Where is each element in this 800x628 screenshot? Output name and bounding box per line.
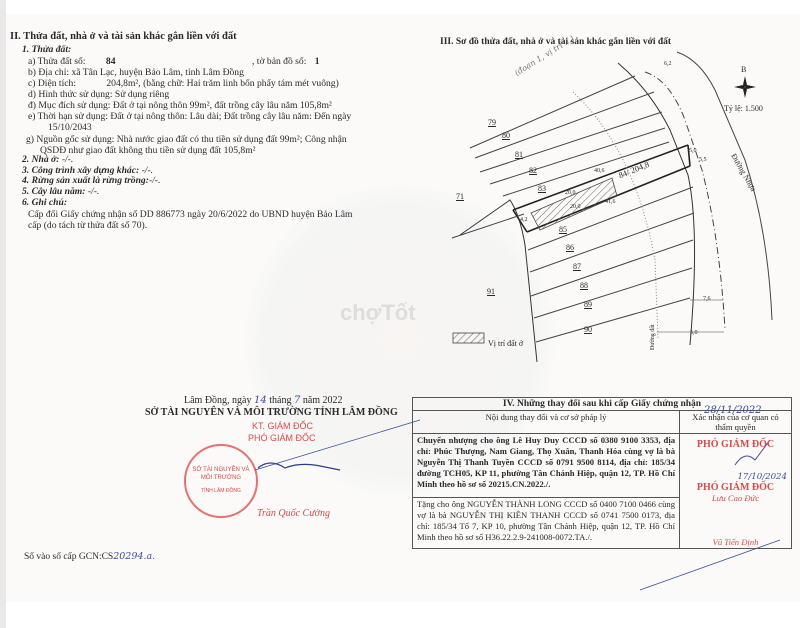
- col-header-content: Nội dung thay đổi và cơ sở pháp lý: [413, 411, 680, 434]
- registry-number: Số vào sổ cấp GCN:CS20294.a.: [24, 551, 155, 563]
- change-entry-1: Chuyển nhượng cho ông Lê Huy Duy CCCD số…: [413, 434, 792, 498]
- confirmations-cell: PHÓ GIÁM ĐỐC 17/10/2024 PHÓ GIÁM ĐỐC Lưu…: [680, 434, 792, 549]
- registry-label: Số vào sổ cấp GCN:CS: [24, 552, 113, 562]
- change-entry-1-text: Chuyển nhượng cho ông Lê Huy Duy CCCD số…: [413, 434, 680, 498]
- entry-1-title: PHÓ GIÁM ĐỐC: [684, 439, 787, 450]
- entry-1-signer: Lưu Cao Đức: [684, 493, 787, 503]
- entry-2-title: PHÓ GIÁM ĐỐC: [684, 482, 787, 493]
- signer-name: Trần Quốc Cường: [257, 508, 330, 520]
- change-entry-2-text: Tặng cho ông NGUYỄN THÀNH LONG CCCD số 0…: [413, 497, 680, 548]
- entry-2-signer: Vũ Tiến Định: [684, 537, 787, 547]
- entry-2-date: 17/10/2024: [684, 472, 787, 482]
- changes-table: IV. Những thay đổi sau khi cấp Giấy chứn…: [412, 397, 792, 549]
- entry-1-date: 28/11/2022: [704, 405, 762, 416]
- registry-value: 20294.a.: [113, 551, 155, 562]
